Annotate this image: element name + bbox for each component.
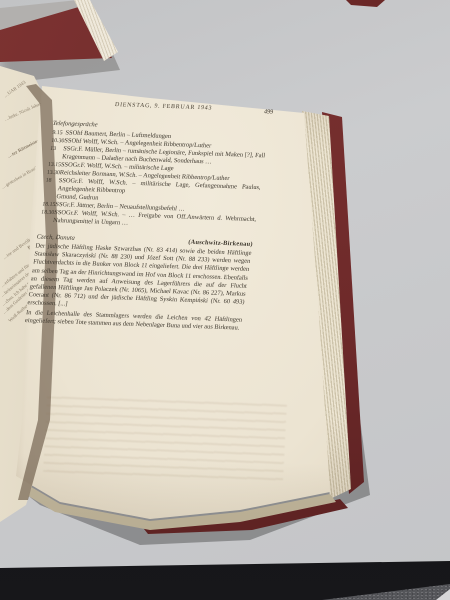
page-content: DIENSTAG, 9. FEBRUAR 1943 499 Telefonges… — [24, 100, 271, 333]
call-time: 18.30 — [41, 209, 55, 217]
photo-of-open-book: …UAR 1943…hnke. Nicoli Johan ich……ter Ri… — [0, 0, 450, 600]
calls-list: 9.15 SSObf Baumert, Berlin – Luftmeldung… — [39, 129, 268, 232]
text-fragment: …UAR 1943 — [3, 80, 27, 99]
text-fragment: …ter Rittmeister — [7, 139, 40, 160]
camp-report-section: Czech, Danuta (Auschwitz-Birkenau) Der j… — [24, 233, 253, 332]
call-time: 13 — [50, 145, 57, 153]
page-number: 499 — [263, 108, 273, 115]
report-source: Czech, Danuta — [36, 233, 75, 242]
report-paragraphs: Der jüdische Häftling Haske Szwarzhas (N… — [24, 242, 251, 332]
calls-section: Telefongespräche 9.15 SSObf Baumert, Ber… — [39, 120, 270, 232]
showthrough-ghost-text — [43, 392, 287, 484]
report-paragraph: Der jüdische Häftling Haske Szwarzhas (N… — [27, 242, 252, 315]
call-text: Gmund, Gudrun — [56, 193, 99, 201]
call-time: 18 — [45, 177, 52, 185]
